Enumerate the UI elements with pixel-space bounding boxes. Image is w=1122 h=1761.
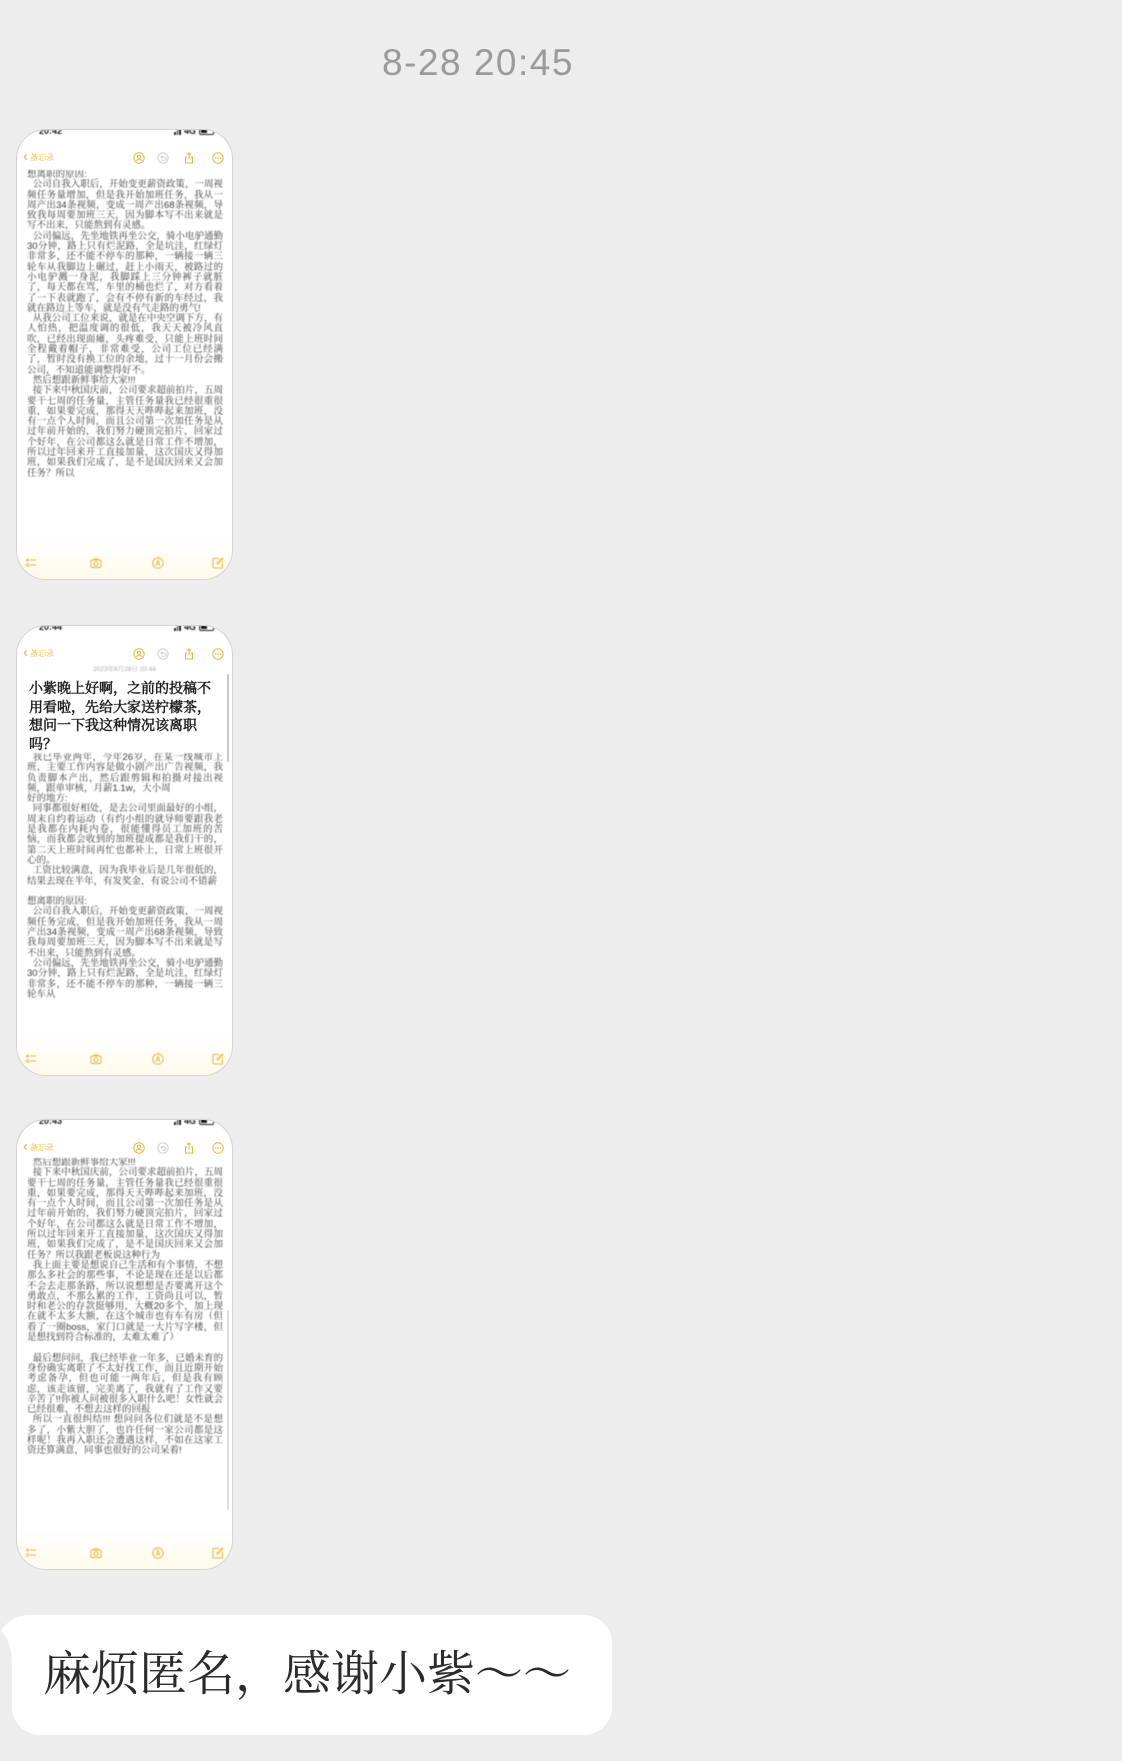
notes-toolbar <box>17 557 232 571</box>
battery-icon <box>199 625 214 631</box>
status-bar: 20:42 4G <box>17 129 232 138</box>
compose-icon <box>212 1547 224 1559</box>
signal-icon <box>174 625 181 631</box>
collaborate-icon <box>133 152 145 164</box>
signal-icon <box>174 1119 181 1125</box>
scrollbar <box>227 1310 230 1510</box>
compose-icon <box>212 1053 224 1065</box>
chevron-left-icon: ‹ <box>23 1140 28 1154</box>
checklist-icon <box>25 1053 37 1065</box>
note-screenshot-2[interactable]: 20:44 4G ‹备忘录 2023年8月28日 20:44 小紫晚上好啊，之前… <box>16 625 233 1076</box>
more-icon <box>212 648 224 660</box>
share-icon <box>183 1142 195 1154</box>
compose-icon <box>212 557 224 569</box>
notes-nav-bar: ‹备忘录 <box>17 150 232 166</box>
share-icon <box>183 152 195 164</box>
undo-icon <box>157 648 169 660</box>
back-to-notes: ‹备忘录 <box>23 150 54 164</box>
note-paragraph: 从我公司工位来说，就是在中央空调下方，有人怕热，把温度调的很低，我天天被冷风直吹… <box>27 314 223 376</box>
checklist-icon <box>25 1547 37 1559</box>
note-paragraph: 公司自我入职后，开始变更薪资政策，一周视频任务完成，但是我开始加班任务，我从一周… <box>27 907 223 958</box>
network-label: 4G <box>184 129 196 136</box>
collaborate-icon <box>133 1142 145 1154</box>
note-paragraph: 接下来中秋国庆前，公司要求超前拍片，五周要干七周的任务量，主管任务量我已经很重很… <box>27 386 223 479</box>
note-paragraph: 所以一直很纠结!!! 想问问各位们就是不是想多了，小紫大胆了，也许任何一家公司都… <box>27 1415 223 1456</box>
share-icon <box>183 648 195 660</box>
status-time: 20:42 <box>39 129 62 136</box>
checklist-icon <box>25 557 37 569</box>
markup-icon <box>152 557 164 569</box>
message-bubble[interactable]: 麻烦匿名，感谢小紫～～ <box>12 1615 612 1735</box>
camera-icon <box>90 1053 102 1065</box>
note-screenshot-3[interactable]: 20:43 4G ‹备忘录 然后想跟新鲜事给大家!!! 接下来中秋国庆前，公司要… <box>16 1119 233 1570</box>
camera-icon <box>90 1547 102 1559</box>
notes-nav-bar: ‹备忘录 <box>17 1140 232 1156</box>
collaborate-icon <box>133 648 145 660</box>
note-paragraph: 工资比较满意，因为我毕业后是几年很低的，结果去现在半年，有发奖金，有说公司不错薪 <box>27 866 223 887</box>
back-label: 备忘录 <box>30 152 54 163</box>
note-body: 想离职的原因: 公司自我入职后，开始变更薪资政策，一周视频任务量增加，但是我开始… <box>27 170 223 549</box>
status-indicators: 4G <box>174 625 214 632</box>
chevron-left-icon: ‹ <box>23 150 28 164</box>
signal-icon <box>174 129 181 135</box>
note-paragraph: 我已毕业两年，今年26岁，在某一线城市上班，主要工作内容是做小剧产出广告视频，我… <box>27 753 223 794</box>
undo-icon <box>157 1142 169 1154</box>
more-icon <box>212 1142 224 1154</box>
status-time: 20:43 <box>39 1119 62 1126</box>
chevron-left-icon: ‹ <box>23 646 28 660</box>
scrollbar <box>227 674 230 762</box>
note-paragraph: 公司自我入职后，开始变更薪资政策，一周视频任务量增加，但是我开始加班任务，我从一… <box>27 180 223 231</box>
back-to-notes: ‹备忘录 <box>23 1140 54 1154</box>
message-text: 麻烦匿名，感谢小紫～～ <box>43 1647 571 1703</box>
note-title: 小紫晚上好啊，之前的投稿不用看啦，先给大家送柠檬茶，想问一下我这种情况该离职吗？ <box>29 679 221 753</box>
note-paragraph: 我上面主要是想说自己生活和有个事情，不想那么多社会的那些事，不论是现在还是以后都… <box>27 1261 223 1343</box>
back-label: 备忘录 <box>30 648 54 659</box>
more-icon <box>212 152 224 164</box>
undo-icon <box>157 152 169 164</box>
note-body: 然后想跟新鲜事给大家!!! 接下来中秋国庆前，公司要求超前拍片，五周要干七周的任… <box>27 1158 223 1539</box>
status-bar: 20:44 4G <box>17 625 232 634</box>
note-paragraph: 同事都很好相处，是去公司里面最好的小组，周末自约着运动（有约小组的就导师要跟我老… <box>27 804 223 866</box>
note-paragraph: 公司偏远，先坐地铁再坐公交，骑小电驴通勤30分钟，路上只有烂泥路，全是坑洼，红绿… <box>27 959 223 1000</box>
note-date: 2023年8月28日 20:44 <box>17 664 232 673</box>
battery-icon <box>199 129 214 135</box>
status-bar: 20:43 4G <box>17 1119 232 1128</box>
battery-icon <box>199 1119 214 1125</box>
markup-icon <box>152 1053 164 1065</box>
note-paragraph: 最后想问问，我已经毕业一年多，已婚未育的身份确实离职了不太好找工作，而且近期开始… <box>27 1354 223 1416</box>
note-body: 我已毕业两年，今年26岁，在某一线城市上班，主要工作内容是做小剧产出广告视频，我… <box>27 753 223 1045</box>
network-label: 4G <box>184 625 196 632</box>
note-paragraph: 接下来中秋国庆前，公司要求超前拍片，五周要干七周的任务量，主管任务量我已经很重很… <box>27 1168 223 1261</box>
back-to-notes: ‹备忘录 <box>23 646 54 660</box>
status-time: 20:44 <box>39 625 62 632</box>
camera-icon <box>90 557 102 569</box>
chat-timestamp: 8-28 20:45 <box>382 44 574 81</box>
network-label: 4G <box>184 1119 196 1126</box>
note-screenshot-1[interactable]: 20:42 4G ‹备忘录 想离职的原因: 公司自我入职后，开始变更薪资政策，一… <box>16 129 233 580</box>
markup-icon <box>152 1547 164 1559</box>
back-label: 备忘录 <box>30 1142 54 1153</box>
note-paragraph: 公司偏远，先坐地铁再坐公交，骑小电驴通勤30分钟，路上只有烂泥路，全是坑洼，红绿… <box>27 232 223 314</box>
status-indicators: 4G <box>174 129 214 136</box>
notes-toolbar <box>17 1053 232 1067</box>
notes-nav-bar: ‹备忘录 <box>17 646 232 662</box>
notes-toolbar <box>17 1547 232 1561</box>
status-indicators: 4G <box>174 1119 214 1126</box>
